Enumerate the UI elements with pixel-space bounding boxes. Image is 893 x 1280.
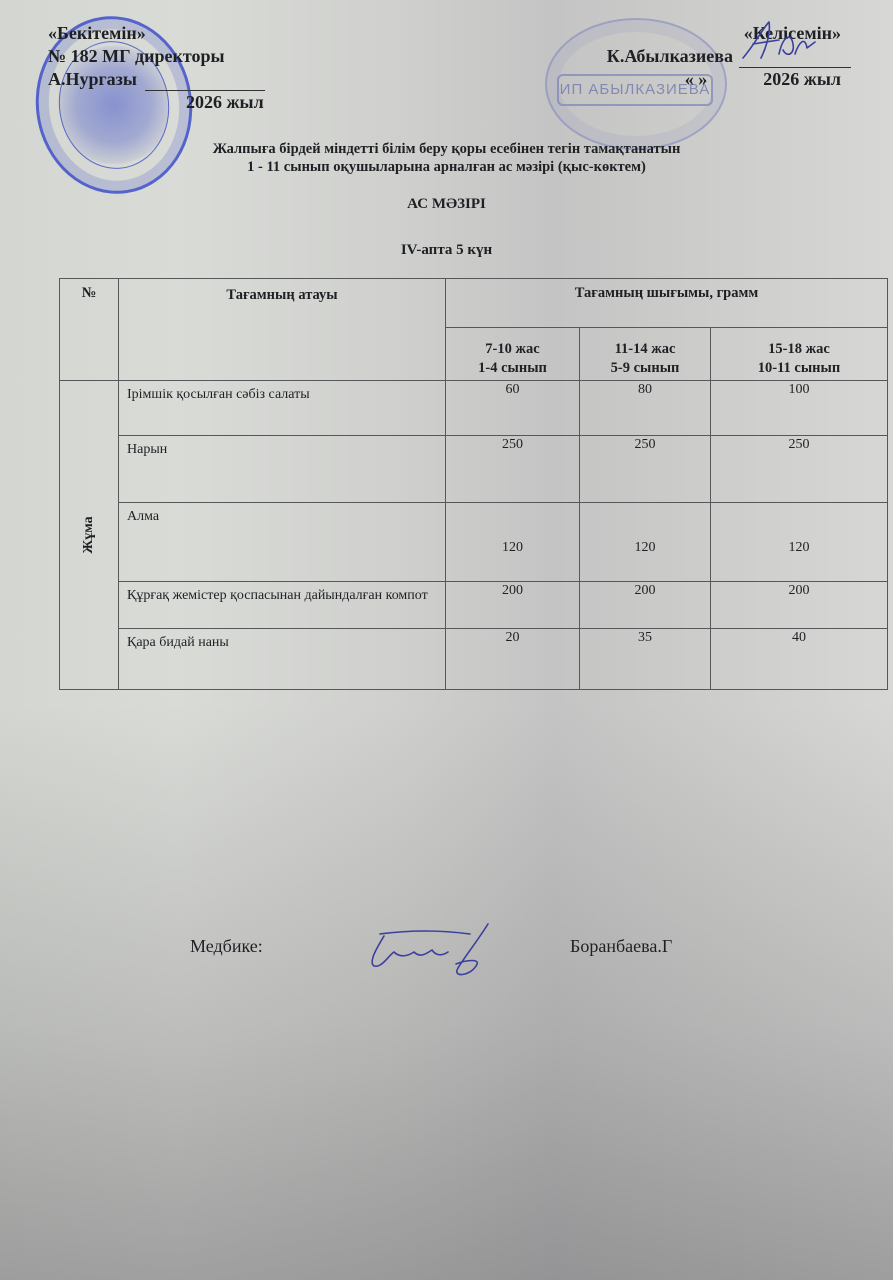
yield-value: 40 [711, 629, 888, 690]
dish-name: Нарын [119, 436, 446, 503]
approval-name: А.Нургазы [48, 68, 137, 91]
table-row: Жұма Ірімшік қосылған сәбіз салаты 60 80… [60, 381, 888, 436]
yield-value: 120 [446, 503, 580, 582]
dish-name: Құрғақ жемістер қоспасынан дайындалған к… [119, 582, 446, 629]
week-day-label: IV-апта 5 күн [0, 242, 893, 259]
day-label: Жұма [60, 381, 119, 690]
dish-name: Алма [119, 503, 446, 582]
nurse-name: Боранбаева.Г [570, 936, 672, 957]
header-number: № [60, 279, 119, 381]
menu-heading: АС МӘЗІРІ [0, 196, 893, 213]
agreement-date: 2026 жыл [763, 68, 841, 91]
menu-table: № Тағамның атауы Тағамның шығымы, грамм … [59, 278, 888, 690]
approval-heading: «Бекітемін» [48, 22, 265, 45]
agreement-signature [735, 14, 825, 64]
yield-value: 35 [580, 629, 711, 690]
table-row: Құрғақ жемістер қоспасынан дайындалған к… [60, 582, 888, 629]
yield-value: 20 [446, 629, 580, 690]
agreement-name: К.Абылказиева [607, 45, 733, 68]
header-age-group-3: 15-18 жас10-11 сынып [711, 328, 888, 381]
yield-value: 200 [711, 582, 888, 629]
yield-value: 60 [446, 381, 580, 436]
signature-line [145, 72, 265, 91]
yield-value: 250 [446, 436, 580, 503]
table-row: Қара бидай наны 20 35 40 [60, 629, 888, 690]
yield-value: 120 [580, 503, 711, 582]
agreement-quotes: « » [685, 68, 708, 91]
title-line-1: Жалпыға бірдей міндетті білім беру қоры … [0, 140, 893, 158]
nurse-label: Медбике: [190, 936, 263, 957]
table-row: Алма 120 120 120 [60, 503, 888, 582]
header-age-group-1: 7-10 жас1-4 сынып [446, 328, 580, 381]
yield-value: 250 [711, 436, 888, 503]
yield-value: 80 [580, 381, 711, 436]
header-age-group-2: 11-14 жас5-9 сынып [580, 328, 711, 381]
yield-value: 250 [580, 436, 711, 503]
yield-value: 100 [711, 381, 888, 436]
table-row: Нарын 250 250 250 [60, 436, 888, 503]
yield-value: 200 [446, 582, 580, 629]
header-yield: Тағамның шығымы, грамм [446, 279, 888, 328]
nurse-signature [360, 922, 500, 982]
title-line-2: 1 - 11 сынып оқушыларына арналған ас мәз… [0, 158, 893, 176]
yield-value: 200 [580, 582, 711, 629]
approval-date: 2026 жыл [48, 91, 265, 114]
document-title: Жалпыға бірдей міндетті білім беру қоры … [0, 140, 893, 176]
dish-name: Ірімшік қосылған сәбіз салаты [119, 381, 446, 436]
approval-block: «Бекітемін» № 182 МГ директоры А.Нургазы… [48, 22, 265, 114]
header-dish-name: Тағамның атауы [119, 279, 446, 381]
approval-position: № 182 МГ директоры [48, 45, 265, 68]
yield-value: 120 [711, 503, 888, 582]
dish-name: Қара бидай наны [119, 629, 446, 690]
